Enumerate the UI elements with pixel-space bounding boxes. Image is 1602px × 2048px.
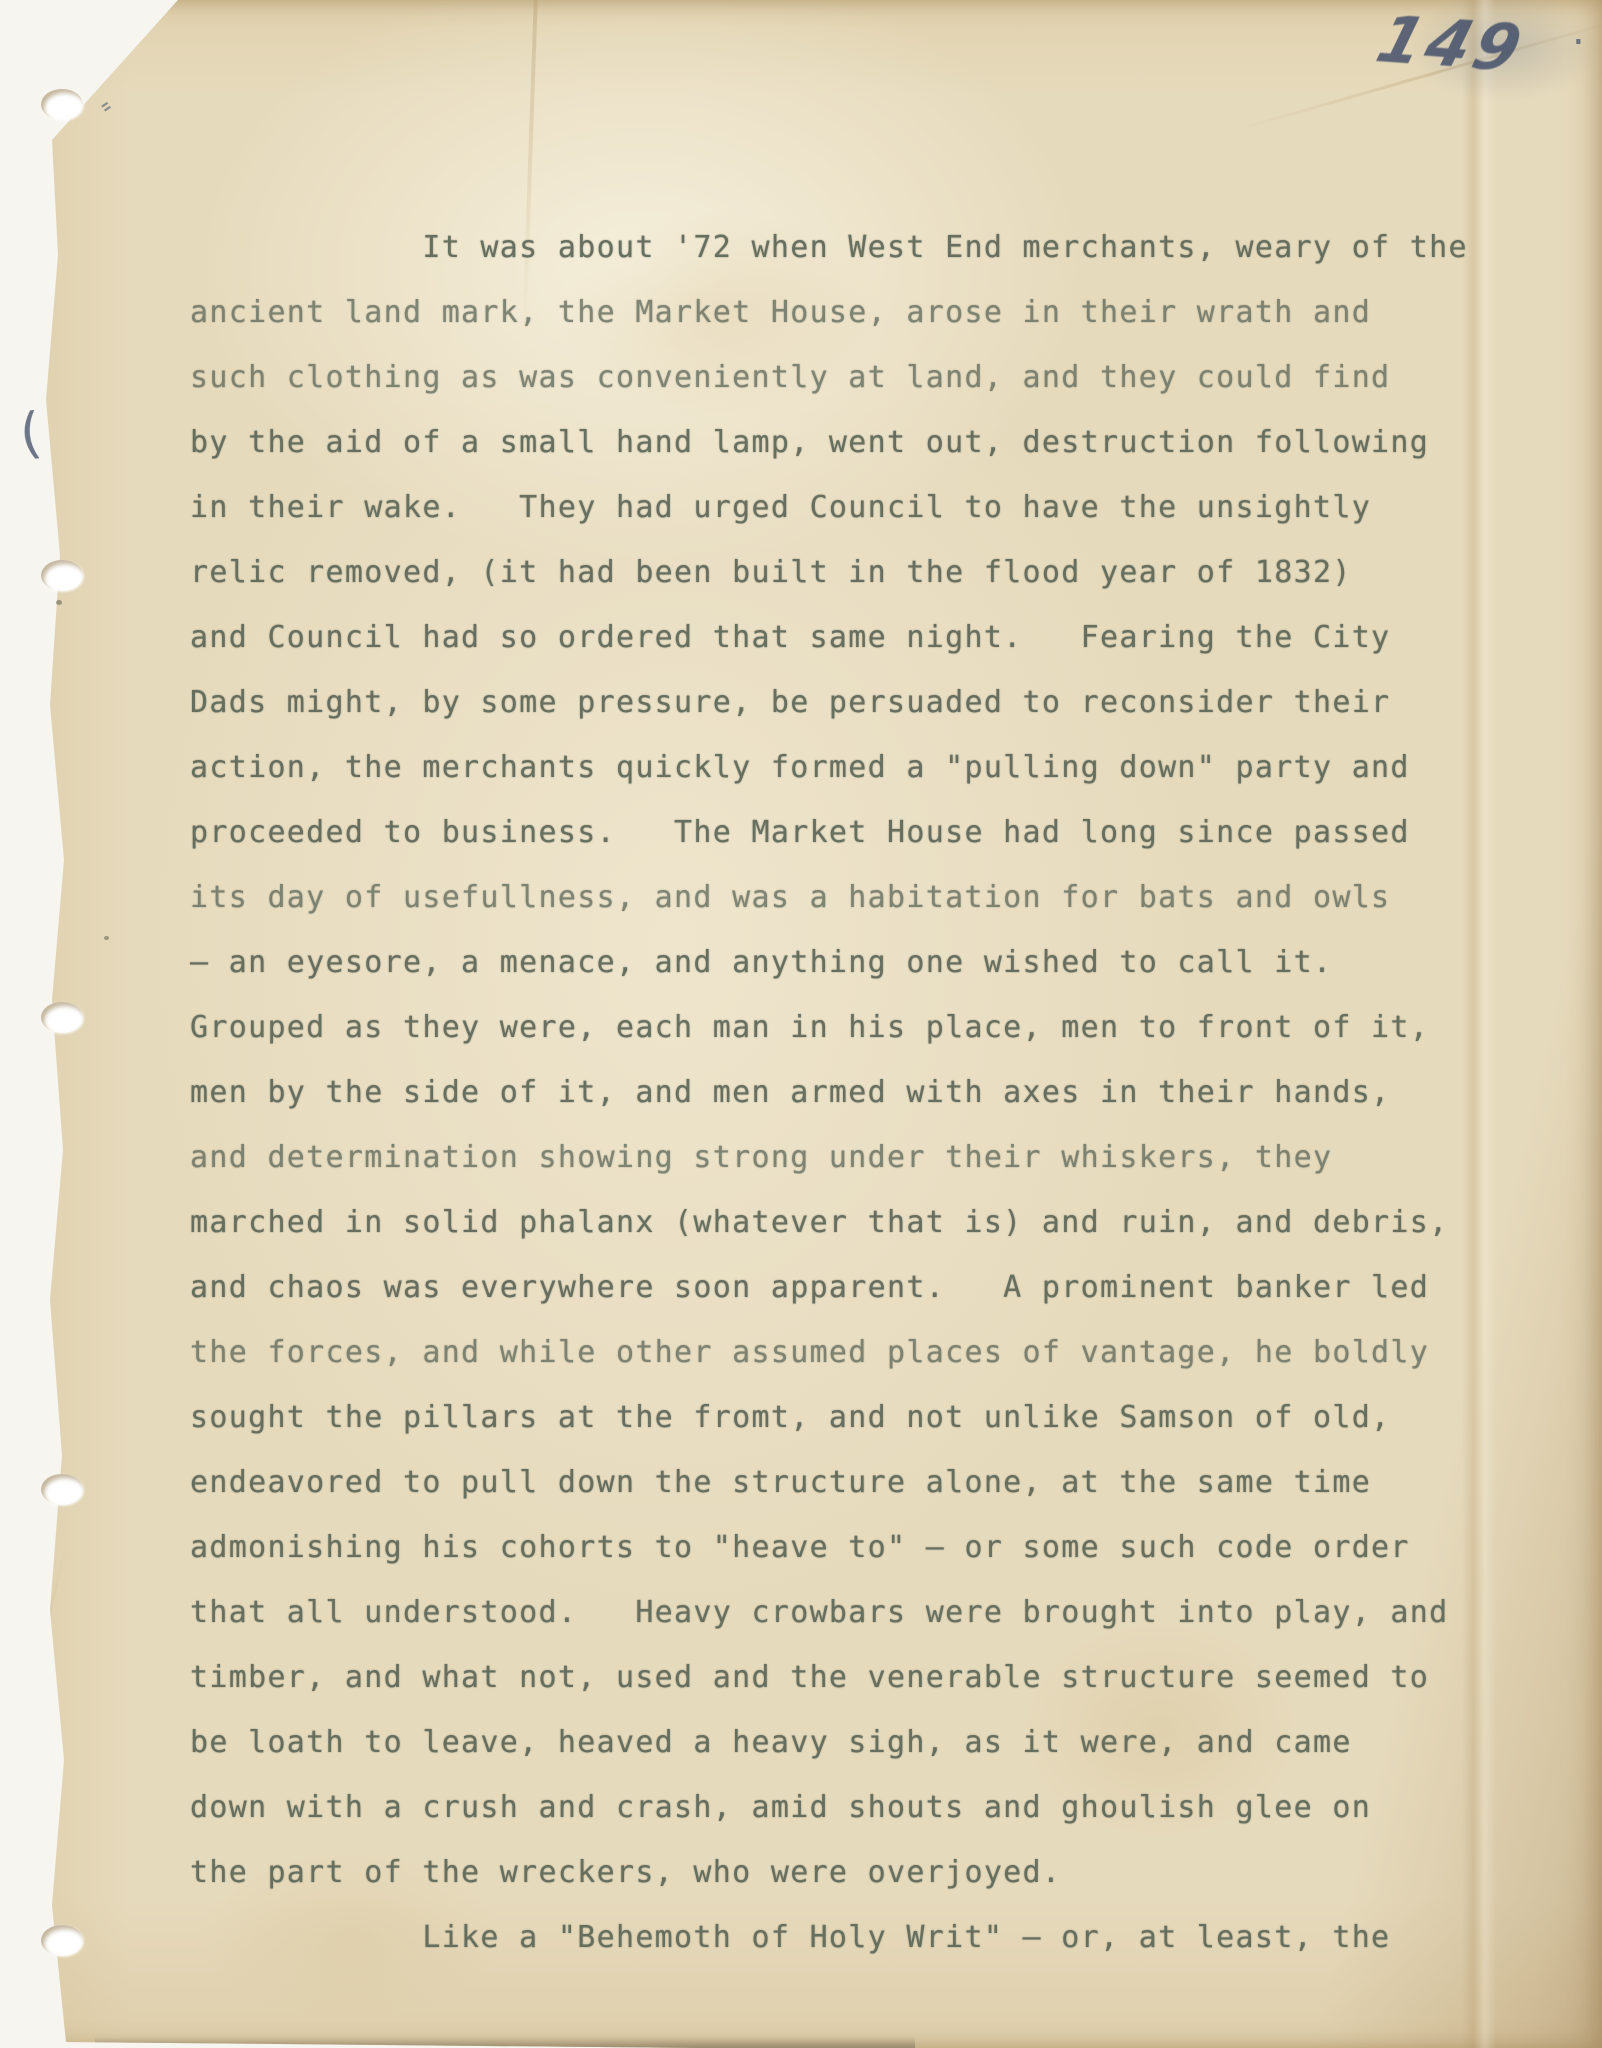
typed-line: admonishing his cohorts to "heave to" — … [190, 1515, 1520, 1580]
handwritten-page-number: 149 [1369, 3, 1533, 87]
typed-line: — an eyesore, a menace, and anything one… [190, 930, 1520, 995]
paper-crease [0, 1549, 66, 1871]
punch-hole [41, 1474, 83, 1505]
typed-text: It was about '72 when West End merchants… [190, 215, 1520, 1970]
typed-line: that all understood. Heavy crowbars were… [190, 1580, 1520, 1645]
typed-line: and Council had so ordered that same nig… [190, 605, 1520, 670]
typed-line: timber, and what not, used and the vener… [190, 1645, 1520, 1710]
paper-sheet: It was about '72 when West End merchants… [0, 0, 1602, 2048]
typed-line: down with a crush and crash, amid shouts… [190, 1775, 1520, 1840]
typed-line: ancient land mark, the Market House, aro… [190, 280, 1520, 345]
paper-speck [56, 600, 62, 605]
typed-line: Dads might, by some pressure, be persuad… [190, 670, 1520, 735]
pen-dot-mark: . [1572, 8, 1585, 54]
typed-line: endeavored to pull down the structure al… [190, 1450, 1520, 1515]
typed-line: the part of the wreckers, who were overj… [190, 1840, 1520, 1905]
punch-hole [41, 1002, 83, 1033]
typed-line: the forces, and while other assumed plac… [190, 1320, 1520, 1385]
paper-speck [104, 936, 109, 940]
typed-line: sought the pillars at the fromt, and not… [190, 1385, 1520, 1450]
typed-line: its day of usefullness, and was a habita… [190, 865, 1520, 930]
punch-hole [41, 89, 83, 120]
page-edge-shadow [95, 2037, 915, 2048]
typed-line: men by the side of it, and men armed wit… [190, 1060, 1520, 1125]
typed-line: action, the merchants quickly formed a "… [190, 735, 1520, 800]
typed-line: proceeded to business. The Market House … [190, 800, 1520, 865]
typed-line: Like a "Behemoth of Holy Writ" — or, at … [190, 1905, 1520, 1970]
typed-line: It was about '72 when West End merchants… [190, 215, 1520, 280]
punch-hole [41, 560, 83, 591]
typed-line: such clothing as was conveniently at lan… [190, 345, 1520, 410]
scanned-page: It was about '72 when West End merchants… [0, 0, 1602, 2048]
pen-paren-mark: ( [17, 401, 45, 466]
typed-line: and chaos was everywhere soon apparent. … [190, 1255, 1520, 1320]
typed-line: and determination showing strong under t… [190, 1125, 1520, 1190]
typed-line: relic removed, (it had been built in the… [190, 540, 1520, 605]
typed-line: marched in solid phalanx (whatever that … [190, 1190, 1520, 1255]
typed-line: in their wake. They had urged Council to… [190, 475, 1520, 540]
typed-line: Grouped as they were, each man in his pl… [190, 995, 1520, 1060]
typed-line: be loath to leave, heaved a heavy sigh, … [190, 1710, 1520, 1775]
punch-hole [41, 1925, 83, 1956]
typed-line: by the aid of a small hand lamp, went ou… [190, 410, 1520, 475]
